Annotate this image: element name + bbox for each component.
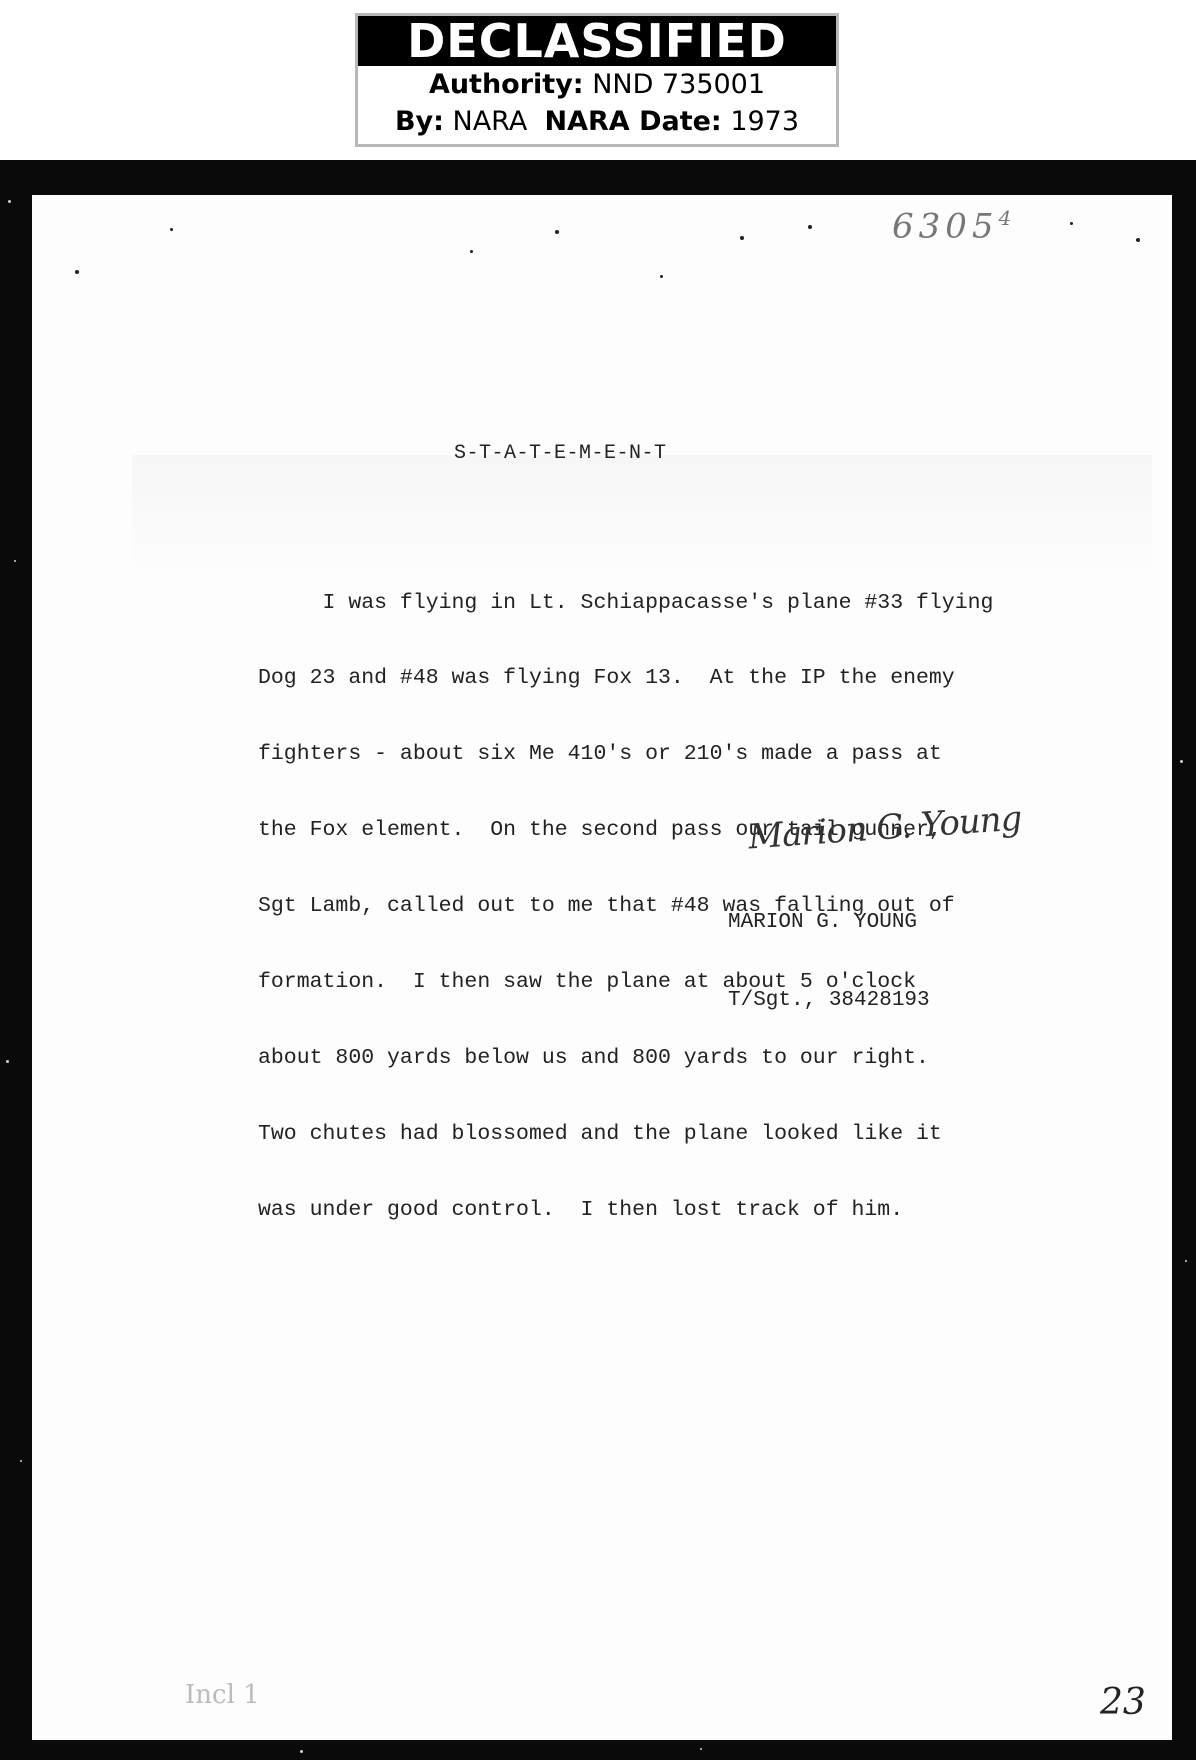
stamp-authority: Authority: NND 735001 [358,66,836,103]
doc-number-value: 6305 [892,206,999,246]
body-line: fighters - about six Me 410's or 210's m… [258,742,1078,767]
stamp-by-date: By: NARA NARA Date: 1973 [358,103,836,140]
body-line: about 800 yards below us and 800 yards t… [258,1046,1078,1071]
date-label: NARA Date: [545,106,722,137]
body-line: formation. I then saw the plane at about… [258,970,1078,995]
doc-number-sup: 4 [999,206,1017,230]
signature-block: MARION G. YOUNG T/Sgt., 38428193 [728,858,930,1040]
body-line: Sgt Lamb, called out to me that #48 was … [258,894,1078,919]
stamp-heading: DECLASSIFIED [358,16,836,66]
page-number: 23 [1100,1682,1146,1723]
body-line: was under good control. I then lost trac… [258,1198,1078,1223]
authority-label: Authority: [429,69,584,100]
signer-name: MARION G. YOUNG [728,910,930,936]
body-line: Two chutes had blossomed and the plane l… [258,1122,1078,1147]
body-line: I was flying in Lt. Schiappacasse's plan… [258,591,1078,616]
by-value: NARA [453,106,528,137]
declassified-stamp: DECLASSIFIED Authority: NND 735001 By: N… [355,13,839,147]
signer-rank-serial: T/Sgt., 38428193 [728,988,930,1014]
document-title: S-T-A-T-E-M-E-N-T [454,442,667,465]
document-number: 63054 [892,206,1016,246]
by-label: By: [395,106,444,137]
body-line: Dog 23 and #48 was flying Fox 13. At the… [258,666,1078,691]
date-value: 1973 [730,106,799,137]
authority-value: NND 735001 [592,69,765,100]
statement-body: I was flying in Lt. Schiappacasse's plan… [258,540,1078,1248]
inclosure-mark: Incl 1 [185,1680,260,1710]
